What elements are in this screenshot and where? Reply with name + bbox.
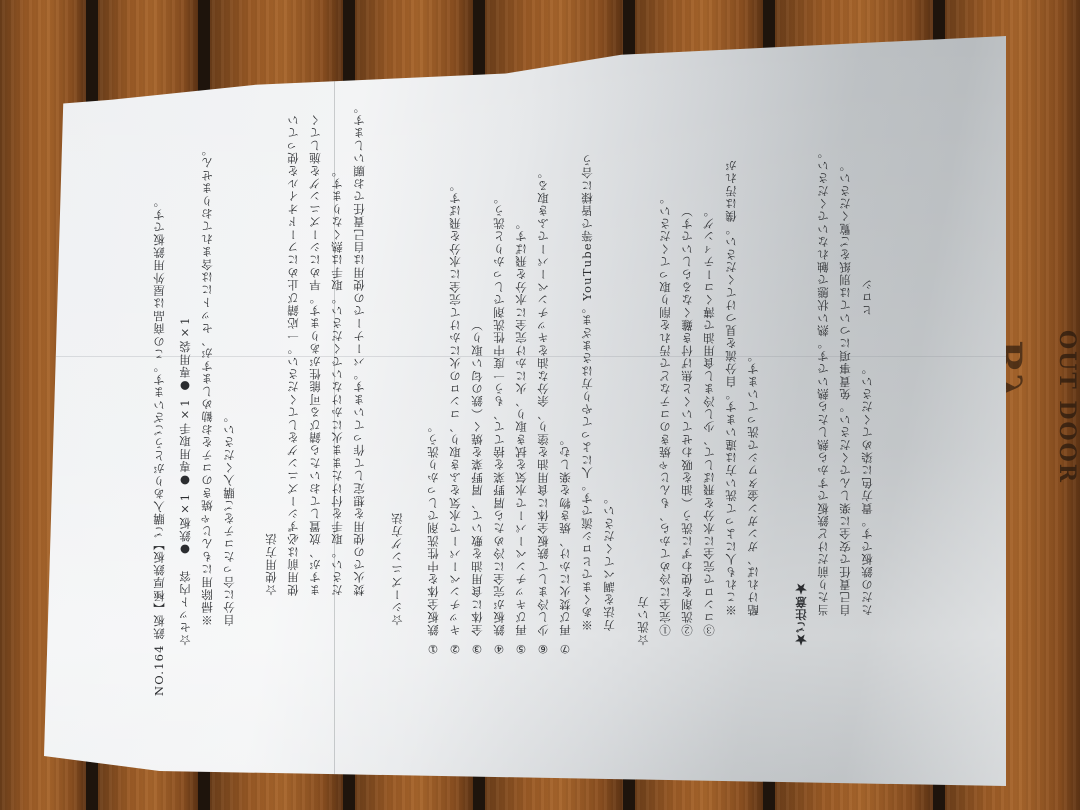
seasoning-heading: ☆シーズニング方法 xyxy=(392,516,404,626)
usage-heading: ☆使用方法 xyxy=(266,516,278,596)
seasoning-step: ⑥ 少し冷まして鉄板全体に食用油を塗り、余分な油をキッチンペーパーでふき取る。 xyxy=(538,176,550,656)
seasoning-note: ※あくまでヒロシ流です。人によってやり方はさまざま。YouTube等で皆様に合う xyxy=(582,161,594,631)
washing-step: ②洗剤を使わずに洗う（油を吸わせていくと焦げ付き難くなるらしいです） xyxy=(682,201,694,636)
seasoning-step: ② キッチンペーパーで水気をふき取り、コンロの火にかけて完全に水分を飛ばす。 xyxy=(450,176,462,656)
instruction-sheet: NO.164 鉄板【極厚鉄板】ご購入ありがとうございます。この商品は屋外用鉄板で… xyxy=(44,36,1006,786)
set-contents-label: ☆セット内容 ●鉄板×1 ●専用取手×1 ●専用袋×1 xyxy=(180,286,192,646)
signature: ヒロシ xyxy=(862,266,874,316)
washing-note: 酷ければ、ガンガン金タワシで洗っています。 xyxy=(748,366,760,616)
caution-line: ただの鉄板です。貴方色に染めてください。 xyxy=(862,356,874,616)
caution-line: 当たり前だけど鉄板ですから熱したら熱いです。熱い状態で触れないでください。 xyxy=(818,156,830,616)
set-contents-note: 自分に合ったコテをご購入ください。 xyxy=(224,456,236,626)
washing-step: ③コンロで完全に水分を飛ばして、少し冷まし食用油で薄くコーティング。 xyxy=(704,206,716,636)
washing-note: ※これも人によって洗い方は違います。自分流を見つけてください。僕は汚れが xyxy=(726,136,738,616)
usage-line: 焚火での使用を想定して作っています。バーナーでの使用は自己責任でお願いします。 xyxy=(354,146,366,596)
seasoning-step: ⑤ 再びキッチンペーパーで水気を拭き取り、火にかけ完全に水分を飛ばす。 xyxy=(516,211,528,656)
seasoning-note: 方法を調べてください。 xyxy=(604,496,616,631)
seasoning-step: ③ 全体に食用油を敷いて、屑野菜を焼く（鉄の匂い取り） xyxy=(472,326,484,656)
wood-stamp-text: OUT DOOR xyxy=(1022,330,1080,530)
usage-line: 使用前は必ずシーズニングをしてください。一応錆び止めにフードオイルを使ってい xyxy=(288,146,300,596)
washing-step: ①完全に冷めてから、もんじゃ焼きのコテなどで汚れを削り取ってください。 xyxy=(660,196,672,636)
intro-line: NO.164 鉄板【極厚鉄板】ご購入ありがとうございます。この商品は屋外用鉄板で… xyxy=(154,146,166,696)
washing-heading: ☆洗い方 xyxy=(638,596,650,646)
usage-line: ださい。取手を付けたまま火にかけないでください。取手は熱くなります。 xyxy=(332,196,344,596)
seasoning-step: ① 鉄板全体を中性洗剤でしっかり洗う。 xyxy=(428,426,440,656)
seasoning-step: ④ 鉄板が完全に冷めたら屑野菜を捨てて、もう一度中性洗剤でしっかりと洗う。 xyxy=(494,206,506,656)
caution-heading: ★ご注意★ xyxy=(796,566,808,646)
seasoning-step: ⑦ 再び焚火にかけ、焼き物を楽しむ。 xyxy=(560,456,572,656)
usage-line: ますが、放置しておいたら錆びる可能性があります。早めにシーズニングを施してく xyxy=(310,146,322,596)
set-contents-note: ※掃除用にもんじゃ焼きのコテをお勧めしますが、セットには含まれておりません。 xyxy=(202,186,214,626)
caution-line: 自己責任で安全に楽しんでください。免責事項については別紙をご覧ください。 xyxy=(840,181,852,616)
